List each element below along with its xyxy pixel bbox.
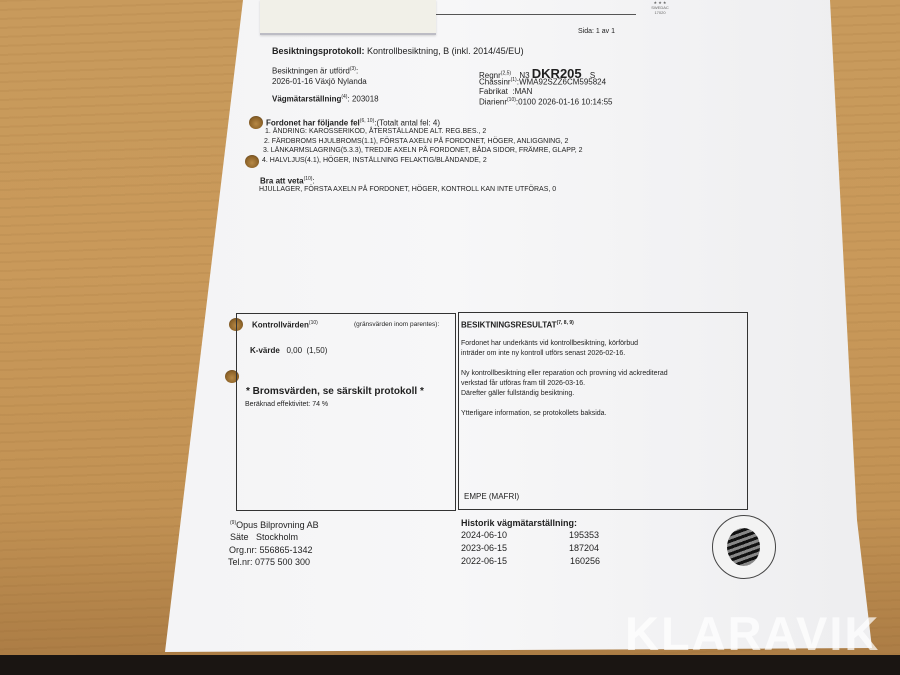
odometer-history-heading: Historik vägmätarställning: <box>461 518 577 528</box>
make-value: MAN <box>515 87 533 96</box>
header-rule <box>436 14 636 15</box>
k-value-row: K-värde 0,00 (1,50) <box>250 346 327 355</box>
title-rest: Kontrollbesiktning, B (inkl. 2014/45/EU) <box>367 46 524 56</box>
faults-heading: Fordonet har följande fel(6, 10):(Totalt… <box>266 118 440 128</box>
good-to-know-heading: Bra att veta(10): <box>260 176 315 186</box>
page-label: Sida: <box>578 28 594 35</box>
title-bold: Besiktningsprotokoll: <box>272 46 365 56</box>
result-line: Därefter gäller fullständig besiktning. <box>461 390 574 397</box>
k-limit: (1,50) <box>307 346 328 355</box>
control-values-box <box>236 313 456 511</box>
fault-item: 1. ÄNDRING: KAROSSERIKOD, ÅTERSTÄLLANDE … <box>265 128 486 135</box>
climate-compensated-seal-icon <box>712 515 776 579</box>
history-date: 2022-06-15 <box>461 556 507 566</box>
odometer: Vägmätarställning(4): 203018 <box>272 94 379 104</box>
limits-note: (gränsvärden inom parentes): <box>354 321 439 328</box>
result-line: Ny kontrollbesiktning eller reparation o… <box>461 370 668 377</box>
page-total: 1 <box>611 28 615 35</box>
performed-value: 2026-01-16 Växjö Nylanda <box>272 77 367 86</box>
result-heading: BESIKTNINGSRESULTAT(7, 8, 9) <box>461 320 574 330</box>
result-line: verkstad får utföras fram till 2026-03-1… <box>461 380 585 387</box>
sticker-note <box>260 0 436 35</box>
make-row: Fabrikat :MAN <box>479 87 532 96</box>
chassis-number: WMA92SZZ6CM595824 <box>519 78 606 87</box>
diary-number: 0100 2026-01-16 10:14:55 <box>518 98 612 107</box>
fault-item: 2. FÄRDBROMS HJULBROMS(1.1), FÖRSTA AXEL… <box>264 138 568 145</box>
history-date: 2023-06-15 <box>461 543 507 553</box>
history-date: 2024-06-10 <box>461 530 507 540</box>
history-value: 195353 <box>569 530 599 540</box>
company-seat: Säte Stockholm <box>230 532 298 542</box>
punch-hole <box>249 116 263 129</box>
result-line: Fordonet har underkänts vid kontrollbesi… <box>461 340 638 347</box>
k-value: 0,00 <box>286 346 302 355</box>
company-phone: Tel.nr: 0775 500 300 <box>228 557 310 567</box>
accreditation-logo: ★ ★ ★SWEDAC17020 <box>640 0 680 15</box>
inspector-name: EMPE (MAFRI) <box>464 492 519 501</box>
page-indicator: Sida: 1 av 1 <box>578 28 615 35</box>
faults-total: :(Totalt antal fel: 4) <box>374 119 440 128</box>
result-line: Ytterligare information, se protokollets… <box>461 410 607 417</box>
diary-row: Diarienr(10):0100 2026-01-16 10:14:55 <box>479 97 612 107</box>
company-orgnr: Org.nr: 556865-1342 <box>229 545 313 555</box>
brake-values-heading: * Bromsvärden, se särskilt protokoll * <box>246 386 424 397</box>
page-current: 1 <box>596 28 600 35</box>
efficiency-value: 74 % <box>312 401 328 408</box>
company-name: (9)Opus Bilprovning AB <box>230 520 319 530</box>
odometer-value: 203018 <box>352 95 379 104</box>
chassis-row: Chassinr(1):WMA92SZZ6CM595824 <box>479 77 606 87</box>
seal-graphic <box>727 528 760 566</box>
good-to-know-text: HJULLAGER, FÖRSTA AXELN PÅ FORDONET, HÖG… <box>259 186 556 193</box>
punch-hole <box>245 155 259 168</box>
control-values-heading: Kontrollvärden(10) <box>252 320 318 330</box>
document-title: Besiktningsprotokoll: Kontrollbesiktning… <box>272 46 524 56</box>
page-of: av <box>602 28 609 35</box>
efficiency-row: Beräknad effektivitet: 74 % <box>245 401 328 408</box>
performed-label: Besiktningen är utförd(3): <box>272 66 358 76</box>
fault-item: 4. HALVLJUS(4.1), HÖGER, INSTÄLLNING FEL… <box>262 157 487 164</box>
history-value: 160256 <box>570 556 600 566</box>
klaravik-watermark: KLARAVIK <box>625 606 880 661</box>
fault-item: 3. LÄNKARMSLAGRING(5.3.3), TREDJE AXELN … <box>263 147 583 154</box>
result-line: inträder om inte ny kontroll utförs sena… <box>461 350 625 357</box>
history-value: 187204 <box>569 543 599 553</box>
